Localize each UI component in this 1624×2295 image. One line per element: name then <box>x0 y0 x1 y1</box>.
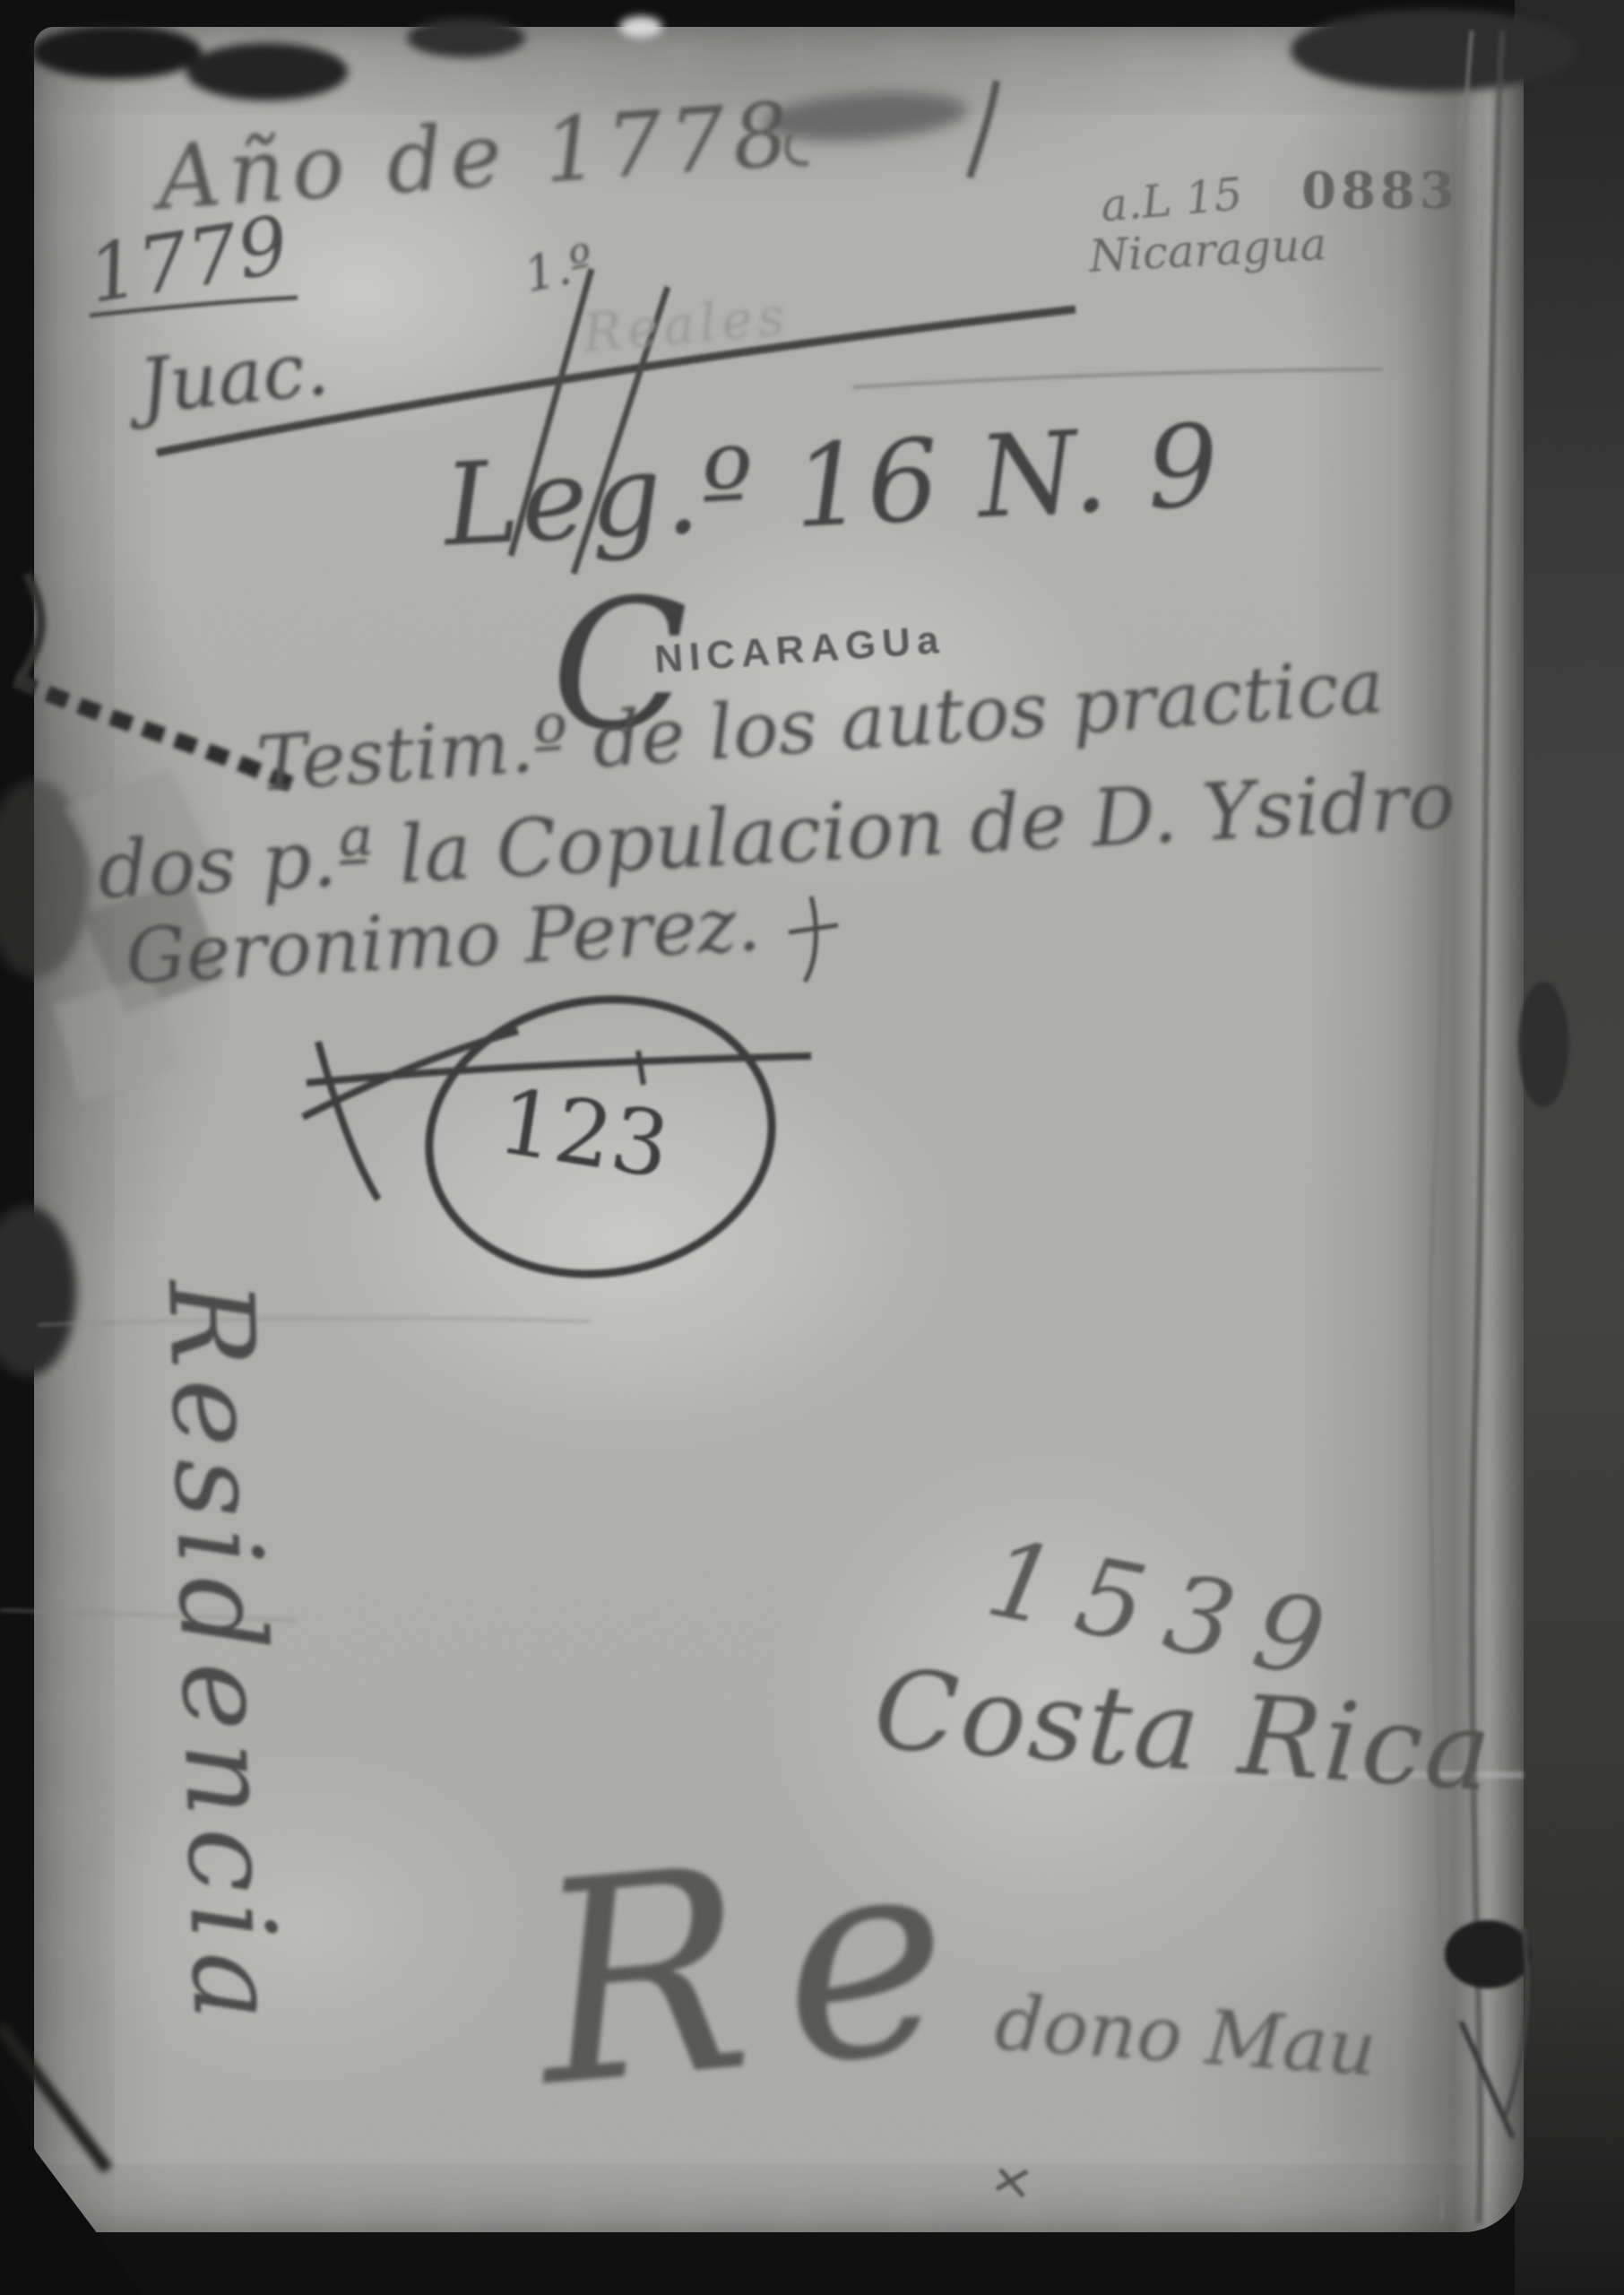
vertical-note-residencia: Residencia <box>142 1277 304 2034</box>
flourish-signature: Re <box>524 1788 996 2149</box>
paper-curl-edge <box>1398 27 1524 2232</box>
scanned-manuscript-page: { "page": { "colors": { "ink": "#4a4a4a"… <box>0 0 1624 2295</box>
scan-background-right <box>1515 0 1624 2295</box>
stamp-number-0883: 0883 <box>1301 161 1459 221</box>
